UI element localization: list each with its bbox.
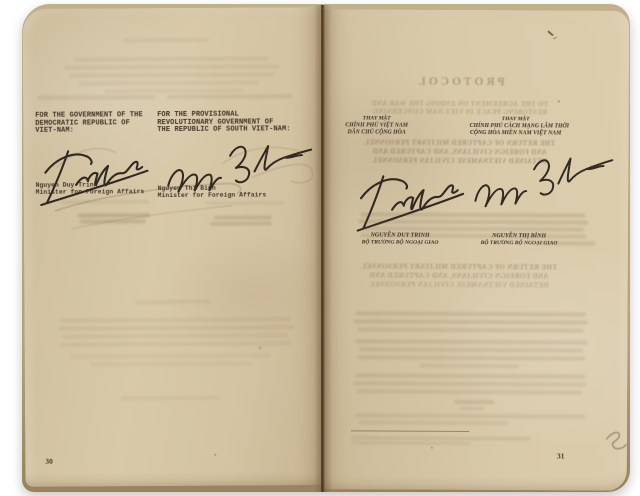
ghost-text-line (167, 94, 292, 98)
delegation-heading-prg-line3: THE REPUBLIC OF SOUTH VIET-NAM: (157, 125, 290, 134)
pen-curl-mark (603, 429, 627, 455)
ghost-text-line (355, 413, 585, 418)
ghost-text-line (74, 56, 269, 61)
ghost-text-line (80, 219, 146, 223)
ghost-text-line (91, 362, 251, 367)
ink-speck (259, 346, 262, 349)
ghost-subject-repeat-line3: DETAINED VIETNAMESE CIVILIAN PERSONNEL (330, 280, 588, 289)
ink-speck (214, 454, 216, 456)
ghost-text-line (355, 373, 585, 378)
ghost-text-line (454, 400, 494, 404)
ghost-text-line (214, 215, 272, 219)
signer-viet-trinh-title: BỘ TRƯỞNG BỘ NGOẠI GIAO (352, 239, 448, 247)
ghost-text-line (205, 201, 285, 204)
delegation-heading-drv-line3: VIET-NAM: (35, 127, 74, 135)
ghost-text-line (354, 319, 588, 324)
ghost-text-line (58, 325, 293, 330)
ghost-text-line (135, 300, 210, 304)
ghost-text-line (37, 95, 155, 99)
left-page: FOR THE GOVERNMENT OF THE DEMOCRATIC REP… (23, 7, 324, 487)
page-number-right: 31 (557, 451, 565, 460)
signature-nguyen-thi-binh (159, 132, 319, 212)
book-gutter-line (321, 5, 323, 492)
ghost-text-line (353, 381, 586, 386)
ghost-text-line (71, 353, 271, 358)
ghost-text-line (351, 441, 471, 445)
ink-speck (558, 100, 560, 102)
ghost-text-line (358, 327, 584, 332)
ghost-heading-line1: TO THE AGREEMENT ON ENDING THE WAR AND (331, 100, 589, 108)
ghost-protocol-title: PROTOCOL (331, 75, 589, 88)
ghost-subject-repeat-line2: AND FOREIGN CIVILIANS, AND CAPTURED AND (330, 271, 588, 280)
ghost-text-line (60, 200, 150, 204)
ghost-text-line (69, 72, 274, 77)
ghost-subject-line1: THE RETURN OF CAPTURED MILITARY PERSONNE… (331, 139, 589, 147)
ghost-text-line (351, 436, 531, 440)
ghost-text-line (357, 355, 585, 360)
ghost-text-line (357, 389, 582, 394)
ghost-text-line (78, 213, 150, 217)
open-book-photo: FOR THE GOVERNMENT OF THE DEMOCRATIC REP… (0, 0, 640, 496)
ink-speck (547, 30, 553, 36)
delegation-viet-prg-line3: CỘNG HÒA MIỀN NAM VIỆT NAM (470, 130, 562, 138)
ghost-text-line (60, 317, 290, 322)
ghost-text-line (121, 396, 221, 401)
ghost-text-line (359, 347, 583, 352)
ghost-subject-repeat-line1: THE RETURN OF CAPTURED MILITARY PERSONNE… (330, 262, 588, 271)
ghost-text-line (210, 221, 272, 225)
ink-speck (553, 37, 557, 40)
ghost-text-line (79, 80, 259, 85)
ghost-text-line (124, 38, 209, 43)
signature-trinh (34, 140, 167, 209)
ink-speck (431, 447, 433, 449)
ghost-text-line (359, 420, 509, 425)
ghost-text-line (61, 341, 291, 346)
page-number-left: 30 (45, 457, 53, 466)
delegation-viet-prg: THAY MẶT CHÍNH PHỦ CÁCH MẠNG LÂM THỜI CỘ… (470, 116, 562, 138)
ghost-text-line (419, 364, 519, 369)
delegation-viet-drv: THAY MẶT CHÍNH PHỦ VIỆT NAM DÂN CHỦ CỘNG… (334, 115, 420, 137)
right-page: PROTOCOL TO THE AGREEMENT ON ENDING THE … (321, 9, 630, 491)
signer-title-trinh: Minister for Foreign Affairs (36, 188, 145, 196)
ghost-text-line (540, 241, 595, 245)
delegation-viet-drv-line3: DÂN CHỦ CỘNG HÒA (334, 130, 420, 138)
footnote-rule (351, 430, 469, 432)
signature-trinh-right (348, 162, 485, 235)
ghost-text-line (64, 64, 279, 69)
ghost-text-line (356, 339, 588, 344)
ghost-text-line (104, 89, 244, 94)
ghost-text-line (63, 333, 288, 338)
signer-title-binh: Minister for Foreign Affairs (158, 191, 267, 199)
ghost-text-line (356, 311, 586, 316)
ghost-text-line (459, 407, 485, 410)
